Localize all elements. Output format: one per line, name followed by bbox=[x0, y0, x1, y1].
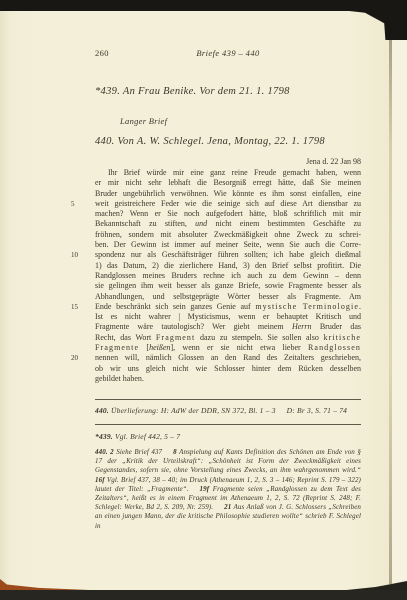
line-number: 10 bbox=[71, 250, 78, 260]
line-number: 20 bbox=[71, 353, 78, 363]
letter-line: Bekanntschaft zu stiften, und nicht eine… bbox=[95, 219, 361, 229]
letter-line: 5weit geistreichere Feder wie die seinig… bbox=[95, 199, 361, 209]
letter-line: Fragmente wäre tautologisch? Wer giebt m… bbox=[95, 322, 361, 332]
letter-439-heading: *439. An Frau Benike. Vor dem 21. 1. 179… bbox=[95, 86, 361, 97]
letter-line: Abhandlungen, und selbstgeprägte Wörter … bbox=[95, 292, 361, 302]
page-number: 260 bbox=[95, 48, 109, 58]
letter-line: ben. Der Gewinn ist immer auf meiner Sei… bbox=[95, 240, 361, 250]
scan-bottom-bar bbox=[0, 590, 407, 600]
apparatus-source-line: 440. Überlieferung: H: AdW der DDR, SN 3… bbox=[95, 406, 361, 415]
letter-line: ob wir uns gleich nicht wie Schlosser hi… bbox=[95, 364, 361, 374]
apparatus-divider bbox=[95, 399, 361, 400]
notes-440: 440. 2 Siehe Brief 4378 Anspielung auf K… bbox=[95, 448, 361, 531]
letter-line: 20nennen will, nämlich Glossen an den Ra… bbox=[95, 353, 361, 363]
letter-dateline: Jena d. 22 Jan 98 bbox=[95, 157, 361, 166]
notes-divider bbox=[95, 424, 361, 425]
note-439: *439. Vgl. Brief 442, 5 – 7 bbox=[95, 432, 361, 441]
letter-line: 10spondenz nur als Geschäftsträger führe… bbox=[95, 250, 361, 260]
letter-line: gebildet haben. bbox=[95, 374, 361, 384]
letter-line: er mir nicht sehr lebhaft die Besorgniß … bbox=[95, 178, 361, 188]
letter-line: fröhnen, sondern mit absoluter Zweckmäßi… bbox=[95, 230, 361, 240]
line-number: 15 bbox=[71, 302, 78, 312]
page-crease bbox=[389, 36, 392, 584]
letter-line: machen? Wenn er Sie noch aufgefodert hät… bbox=[95, 209, 361, 219]
letter-line: Randglossen meines Bruders rechne ich au… bbox=[95, 271, 361, 281]
letter-line: 1) das Datum, 2) die zierlichere Hand, 3… bbox=[95, 261, 361, 271]
adjacent-page-edge bbox=[392, 34, 407, 586]
letter-440-heading: 440. Von A. W. Schlegel. Jena, Montag, 2… bbox=[95, 136, 361, 147]
letter-line: 15Ende beschränkt sich sein ganzes Genie… bbox=[95, 302, 361, 312]
line-number: 5 bbox=[71, 199, 75, 209]
book-scan: Briefe 439 – 440 260 *439. An Frau Benik… bbox=[0, 0, 407, 600]
scan-top-bar bbox=[0, 0, 407, 11]
running-header: Briefe 439 – 440 bbox=[95, 48, 361, 58]
letter-line: sie gelingen ihm weit besser als ganze B… bbox=[95, 281, 361, 291]
letter-body: Ihr Brief würde mir eine ganz reine Freu… bbox=[95, 168, 361, 384]
letter-line: Fragmente [heißen], wenn er sie nicht et… bbox=[95, 343, 361, 353]
letter-line: Recht, das Wort Fragment dazu zu stempel… bbox=[95, 333, 361, 343]
letter-line: Ist es nicht wahrer | Mysticismus, wenn … bbox=[95, 312, 361, 322]
letter-line: Bruder ungebührlich verwöhnen. Wie könnt… bbox=[95, 189, 361, 199]
letter-line: Ihr Brief würde mir eine ganz reine Freu… bbox=[95, 168, 361, 178]
page-header: Briefe 439 – 440 260 bbox=[95, 48, 361, 58]
letter-439-description: Langer Brief bbox=[120, 116, 386, 126]
